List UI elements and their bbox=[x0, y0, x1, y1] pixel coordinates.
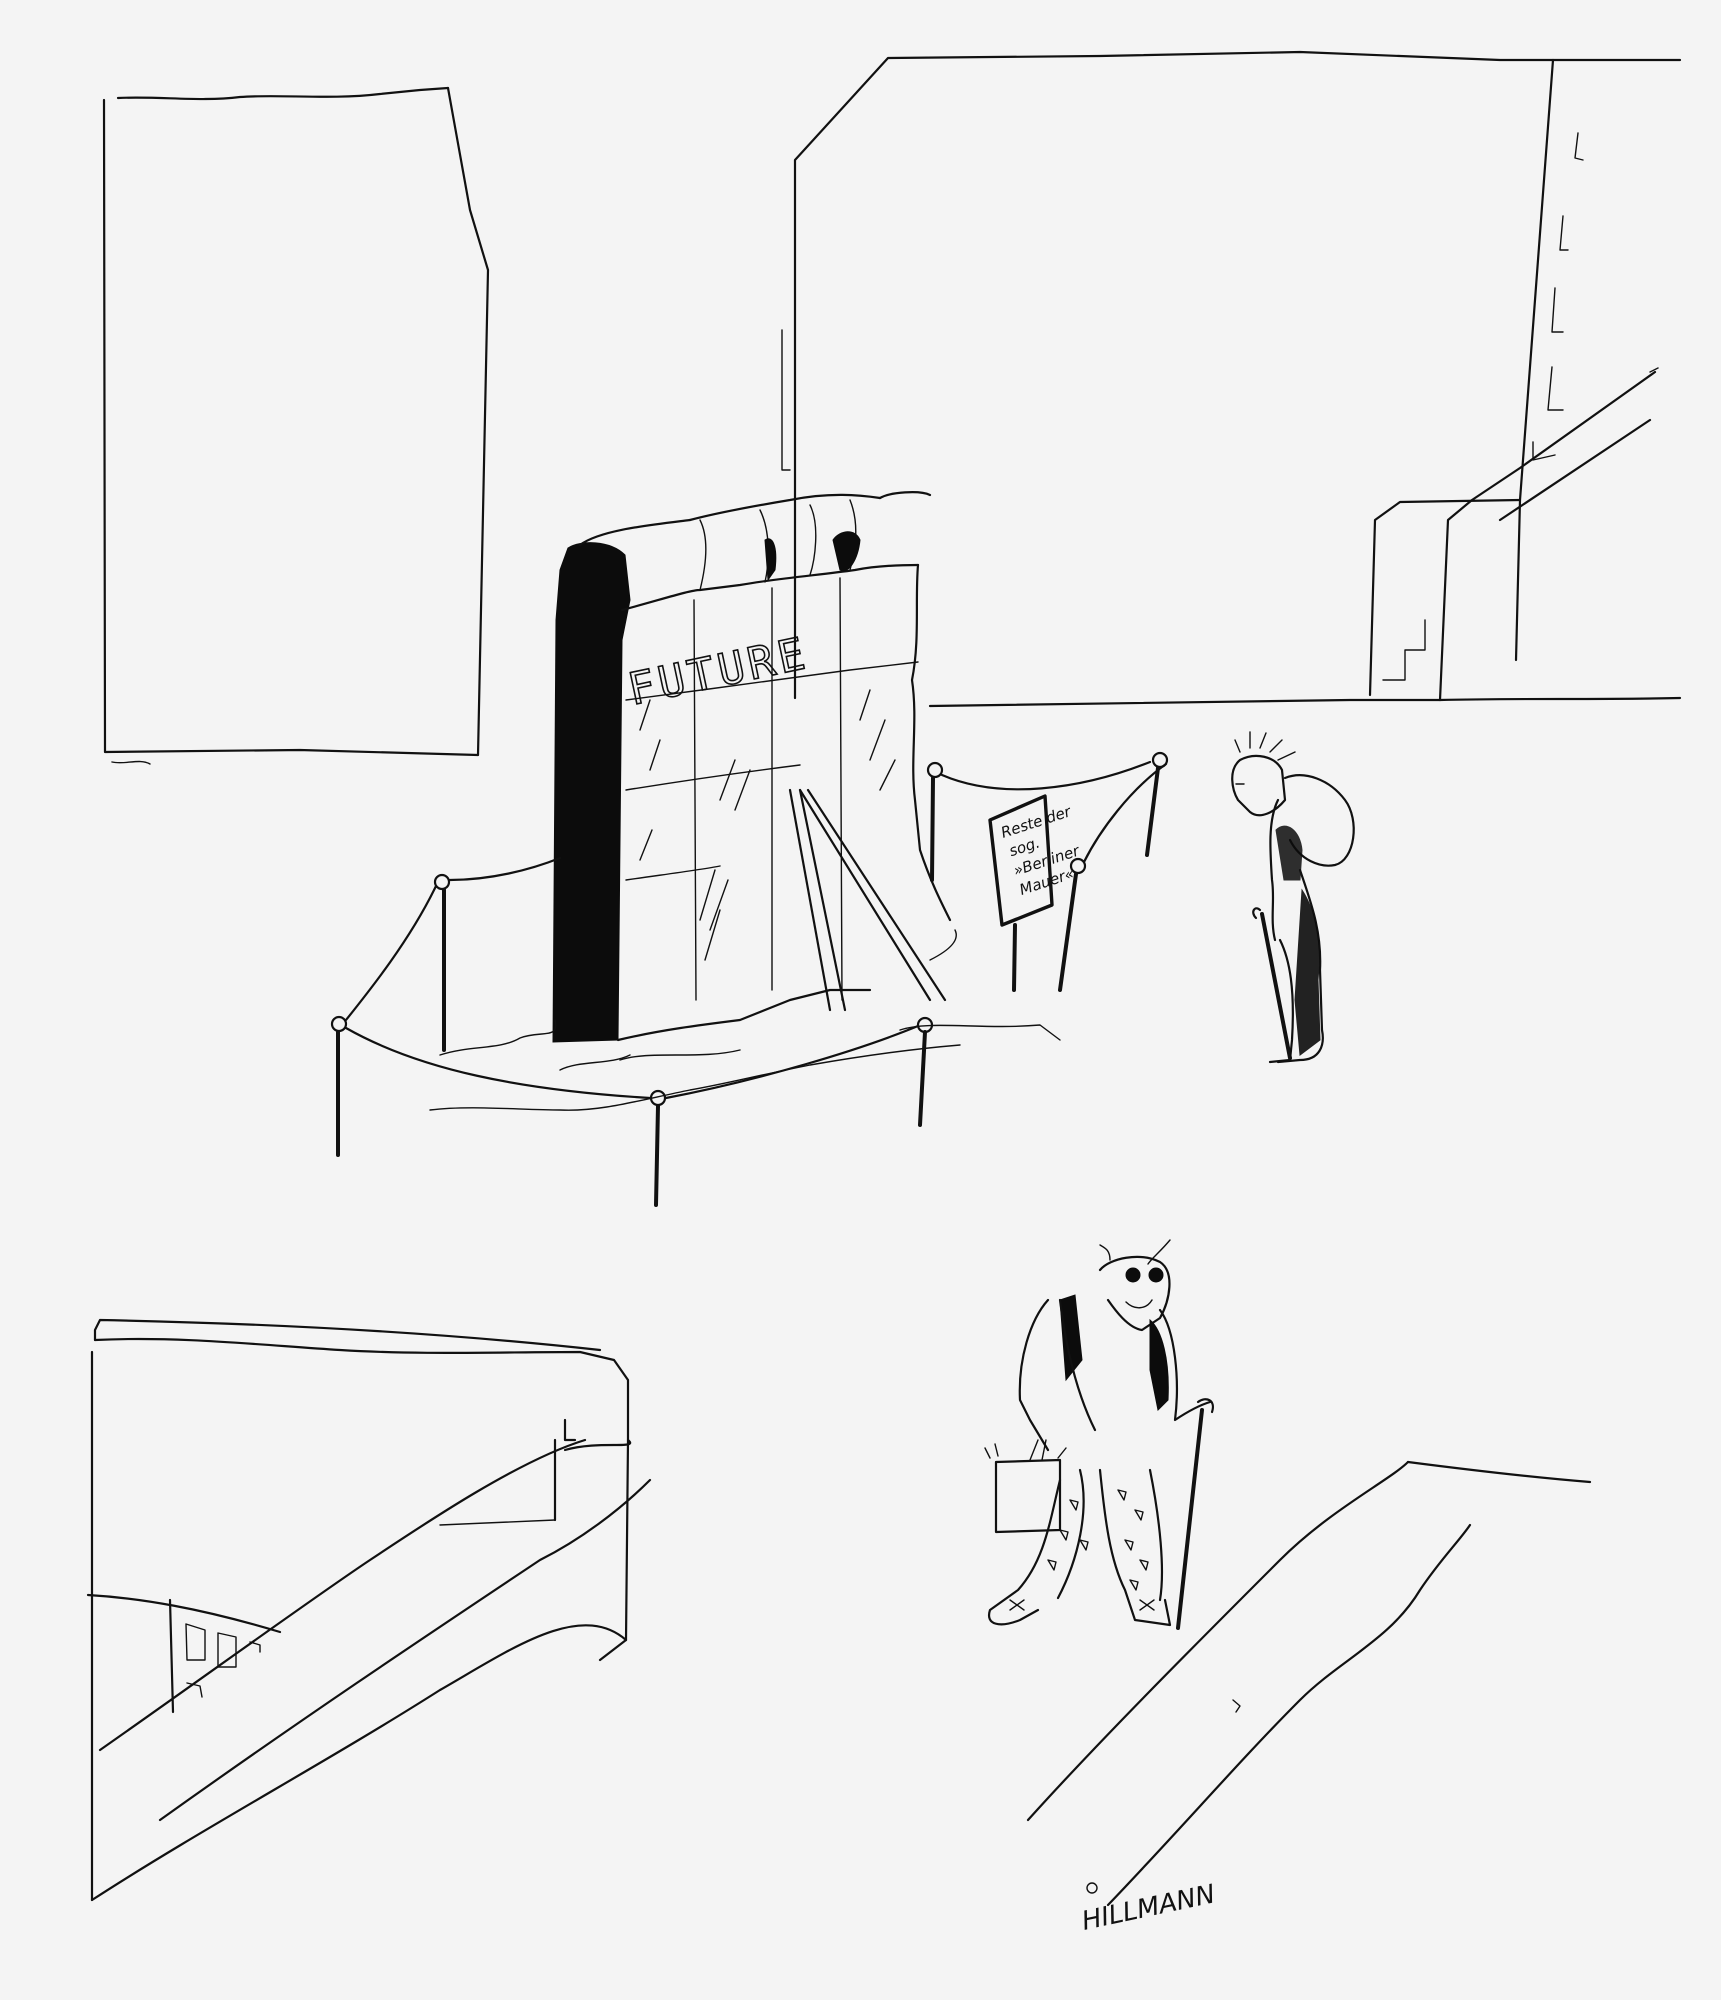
wall-graffiti: FUTURE bbox=[624, 628, 814, 716]
cartoon-illustration: FUTURE bbox=[0, 0, 1721, 2000]
post bbox=[332, 1017, 346, 1155]
artist-signature: HILLMANN bbox=[1079, 1879, 1218, 1936]
post bbox=[435, 875, 449, 1050]
building-top-left bbox=[104, 88, 488, 764]
building-bottom-left bbox=[88, 1320, 650, 1900]
old-punk-walking-with-bag bbox=[985, 1240, 1213, 1628]
post bbox=[928, 763, 942, 880]
post bbox=[918, 1018, 932, 1125]
old-punk-with-backpack bbox=[1232, 732, 1353, 1062]
berlin-wall-fragment: FUTURE bbox=[553, 492, 950, 1042]
building-top-right bbox=[1370, 60, 1680, 700]
post bbox=[651, 1091, 665, 1205]
info-sign: Reste der sog. »Berliner Mauer« bbox=[990, 796, 1096, 990]
building-bottom-right bbox=[1028, 1462, 1590, 1905]
rubble-base bbox=[430, 930, 1060, 1110]
post bbox=[1147, 753, 1167, 855]
signature-text: HILLMANN bbox=[1079, 1879, 1218, 1936]
